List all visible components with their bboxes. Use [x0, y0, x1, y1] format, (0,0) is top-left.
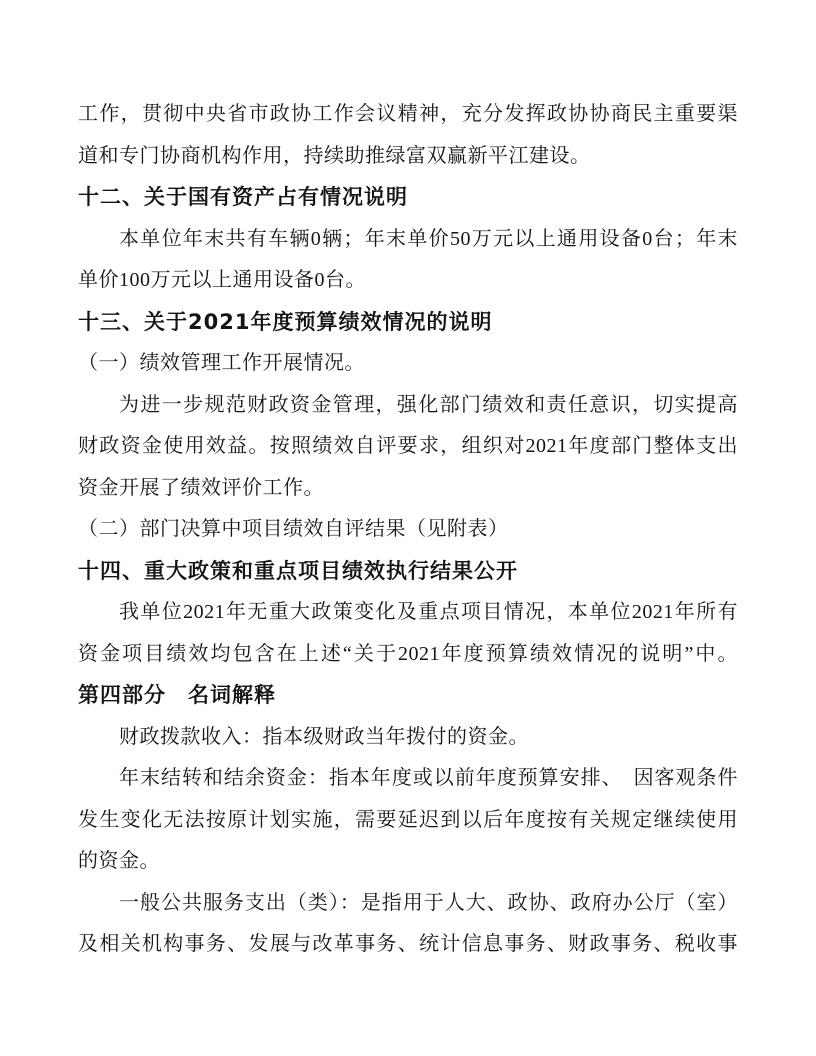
para-performance-line: 资金开展了绩效评价工作。	[78, 468, 738, 510]
para-performance-line: 为进一步规范财政资金管理，强化部门绩效和责任意识，切实提高	[78, 385, 738, 427]
para-workplan-line: 工作，贯彻中央省市政协工作会议精神，充分发挥政协协商民主重要渠	[78, 94, 738, 136]
para-major-policy-line: 我单位2021年无重大政策变化及重点项目情况，本单位2021年所有	[78, 592, 738, 634]
heading-section-13: 十三、关于2021年度预算绩效情况的说明	[78, 302, 738, 344]
document-page: 工作，贯彻中央省市政协工作会议精神，充分发挥政协协商民主重要渠 道和专门协商机构…	[0, 0, 816, 1056]
subheading-performance-1: （一）绩效管理工作开展情况。	[78, 343, 738, 385]
para-major-policy-line: 资金项目绩效均包含在上述“关于2021年度预算绩效情况的说明”中。	[78, 634, 738, 676]
para-term-carryover-line: 发生变化无法按原计划实施，需要延迟到以后年度按有关规定继续使用	[78, 800, 738, 842]
para-workplan-line: 道和专门协商机构作用，持续助推绿富双赢新平江建设。	[78, 136, 738, 178]
para-state-assets-line: 本单位年末共有车辆0辆；年末单价50万元以上通用设备0台；年末	[78, 219, 738, 261]
heading-section-14: 十四、重大政策和重点项目绩效执行结果公开	[78, 551, 738, 593]
subheading-performance-2: （二）部门决算中项目绩效自评结果（见附表）	[78, 509, 738, 551]
para-term-public-service-line: 及相关机构事务、发展与改革事务、统计信息事务、财政事务、税收事	[78, 924, 738, 966]
para-term-carryover-line: 年末结转和结余资金：指本年度或以前年度预算安排、 因客观条件	[78, 758, 738, 800]
para-term-public-service-line: 一般公共服务支出（类）：是指用于人大、政协、政府办公厅（室）	[78, 883, 738, 925]
heading-section-12: 十二、关于国有资产占有情况说明	[78, 177, 738, 219]
para-term-carryover-line: 的资金。	[78, 841, 738, 883]
para-performance-line: 财政资金使用效益。按照绩效自评要求，组织对2021年度部门整体支出	[78, 426, 738, 468]
para-term-fiscal-income: 财政拨款收入：指本级财政当年拨付的资金。	[78, 717, 738, 759]
para-state-assets-line: 单价100万元以上通用设备0台。	[78, 260, 738, 302]
heading-part-4: 第四部分 名词解释	[78, 675, 738, 717]
document-content: 工作，贯彻中央省市政协工作会议精神，充分发挥政协协商民主重要渠 道和专门协商机构…	[78, 94, 738, 966]
